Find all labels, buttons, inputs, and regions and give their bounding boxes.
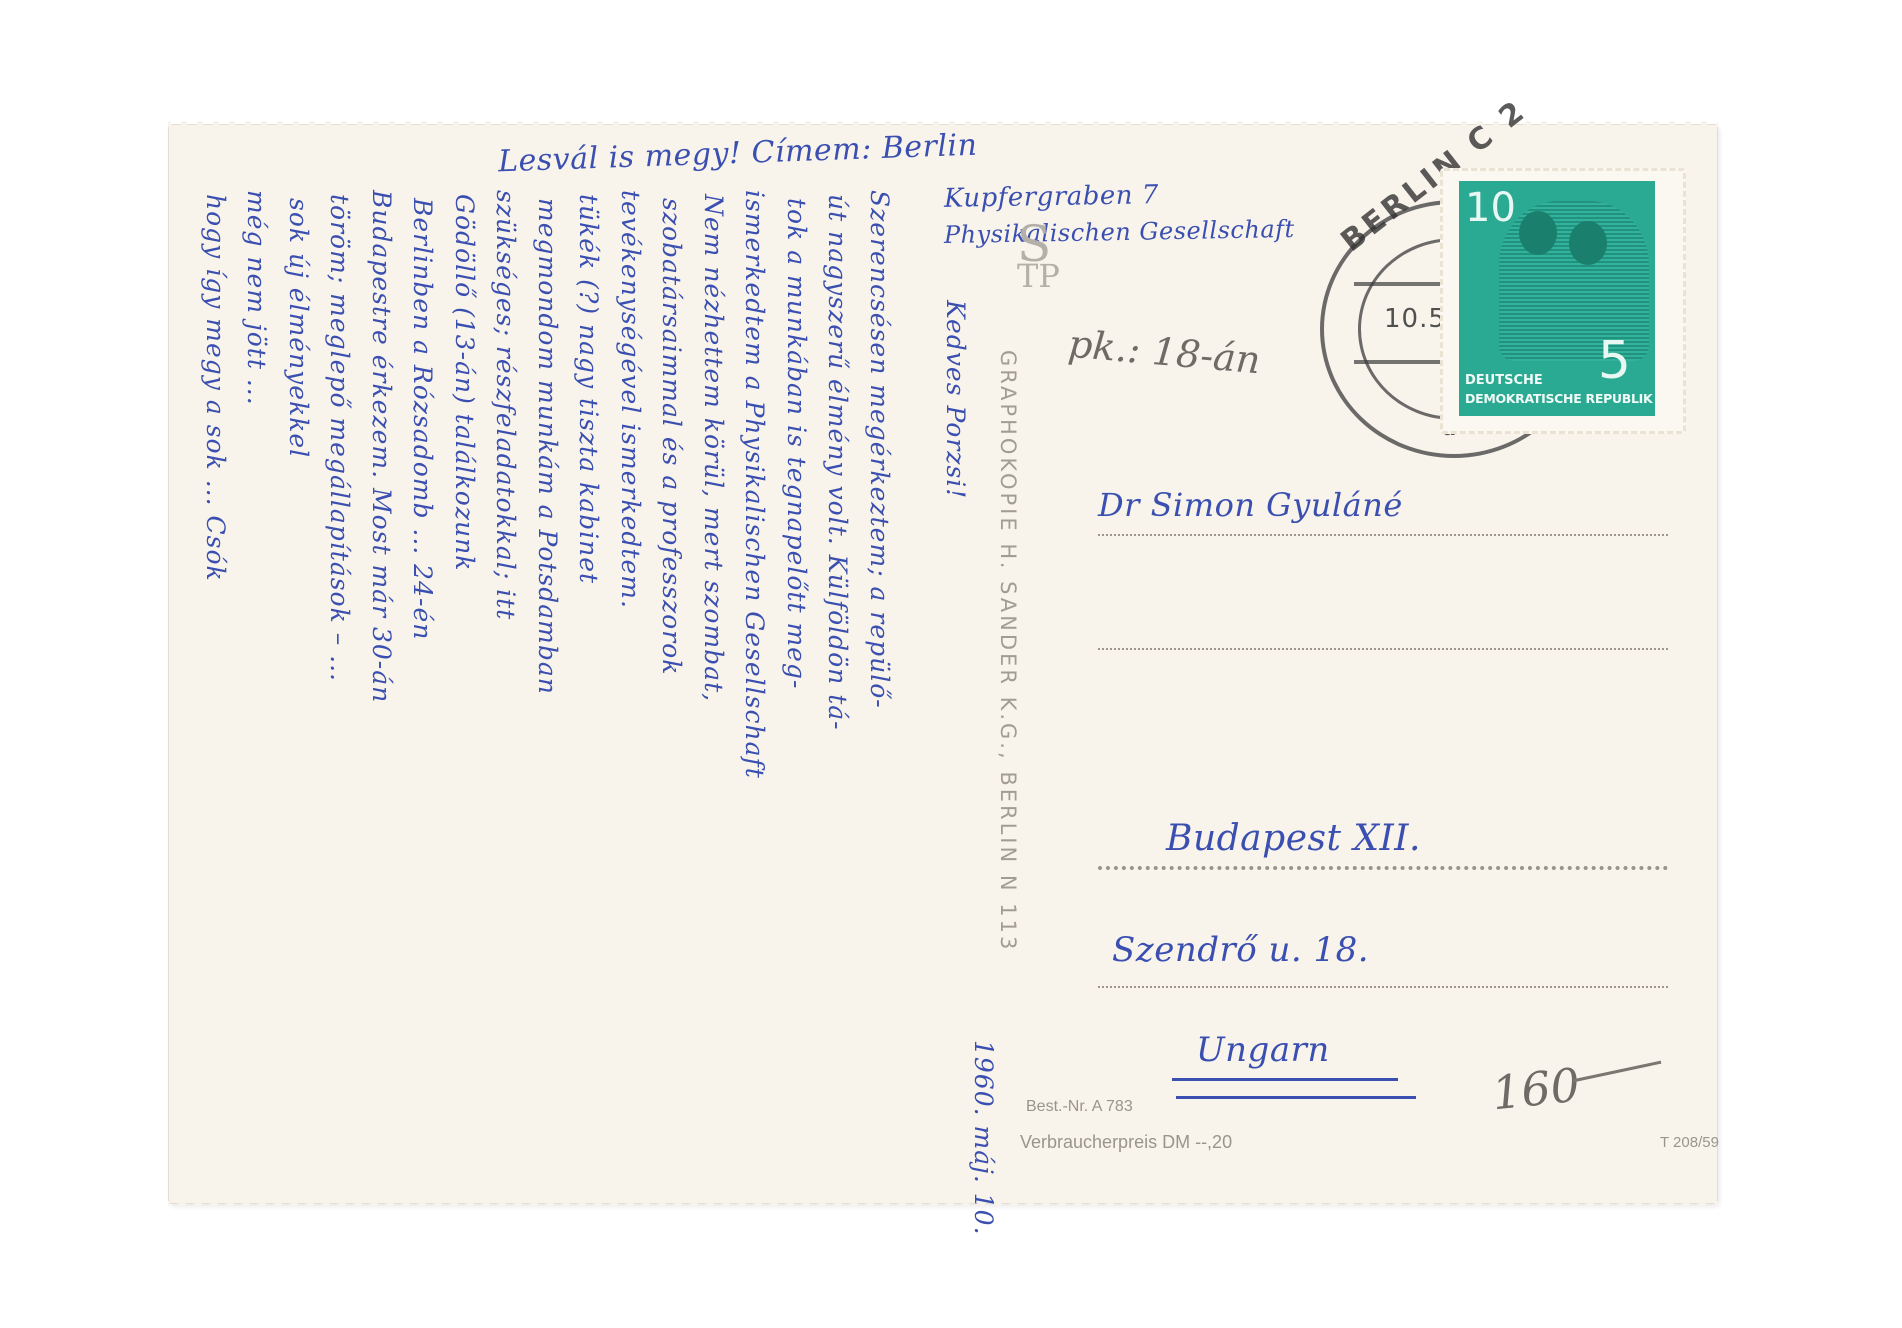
recipient-name: Dr Simon Gyuláné [1098,486,1403,524]
recipient-city: Budapest XII. [1166,818,1421,859]
letter-line: hogy így megy a sok ... Csók [201,194,230,582]
address-line-4 [1098,986,1668,991]
address-line-2 [1098,648,1668,653]
letter-line: Budapestre érkezem. Most már 30-án [367,190,396,703]
recipient-street: Szendrő u. 18. [1112,930,1369,970]
stamp-value-bottom: 5 [1598,331,1631,391]
address-line-1 [1098,534,1668,539]
stamp-value-top: 10 [1465,185,1516,231]
postage-stamp: 10 5 DEUTSCHE DEMOKRATISCHE REPUBLIK [1440,168,1686,434]
letter-line: tevékenységével ismerkedtem. [616,190,645,609]
letter-line: megmondom munkám a Potsdamban [533,198,562,695]
publisher-imprint: GRAPHOKOPIE H. SANDER K.G., BERLIN N 113 [996,350,1020,952]
letter-line: szükséges; részfeladatokkal; itt [491,190,520,620]
underline-1 [1172,1078,1398,1081]
letter-line: Szerencsésen megérkeztem; a repülő- [865,190,894,709]
stamp-country-line-2: DEMOKRATISCHE REPUBLIK [1465,391,1652,406]
consumer-price: Verbraucherpreis DM --,20 [1020,1132,1232,1153]
order-number: Best.-Nr. A 783 [1026,1098,1133,1116]
letter-line: sok új élményekkel [284,198,313,458]
print-code: T 208/59 [1660,1134,1719,1151]
stamp-country-line-1: DEUTSCHE [1465,373,1543,388]
letter-line: ismerkedtem a Physikalischen Gesellschaf… [740,190,769,779]
address-line-3 [1098,866,1668,873]
recipient-country: Ungarn [1196,1030,1330,1070]
deckled-edge-bottom [168,1201,1718,1207]
letter-line: Berlinben a Rózsadomb ... 24-én [408,198,437,640]
letter-line: még nem jött ... [242,190,271,406]
letter-line: tok a munkában is tegnapelőtt meg- [782,198,811,689]
letter-line: szobatársaimmal és a professzorok [657,198,686,675]
letter-line: Nem nézhettem körül, mert szombat, [699,194,728,702]
letter-line: töröm; meglepő megállapítások – ... [325,194,354,682]
underline-2 [1176,1096,1416,1099]
letter-line: Gödöllő (13-án) találkozunk [450,194,479,571]
letter-line: út nagyszerű élmény volt. Külföldön tá- [823,194,852,731]
letter-line: tükék (?) nagy tiszta kabinet [574,194,603,584]
publisher-logo: S TP [995,205,1065,295]
pencil-price: 160 [1489,1058,1582,1121]
letter-date: 1960. máj. 10. [969,1040,998,1236]
letter-salutation: Kedves Porzsi! [941,300,970,499]
